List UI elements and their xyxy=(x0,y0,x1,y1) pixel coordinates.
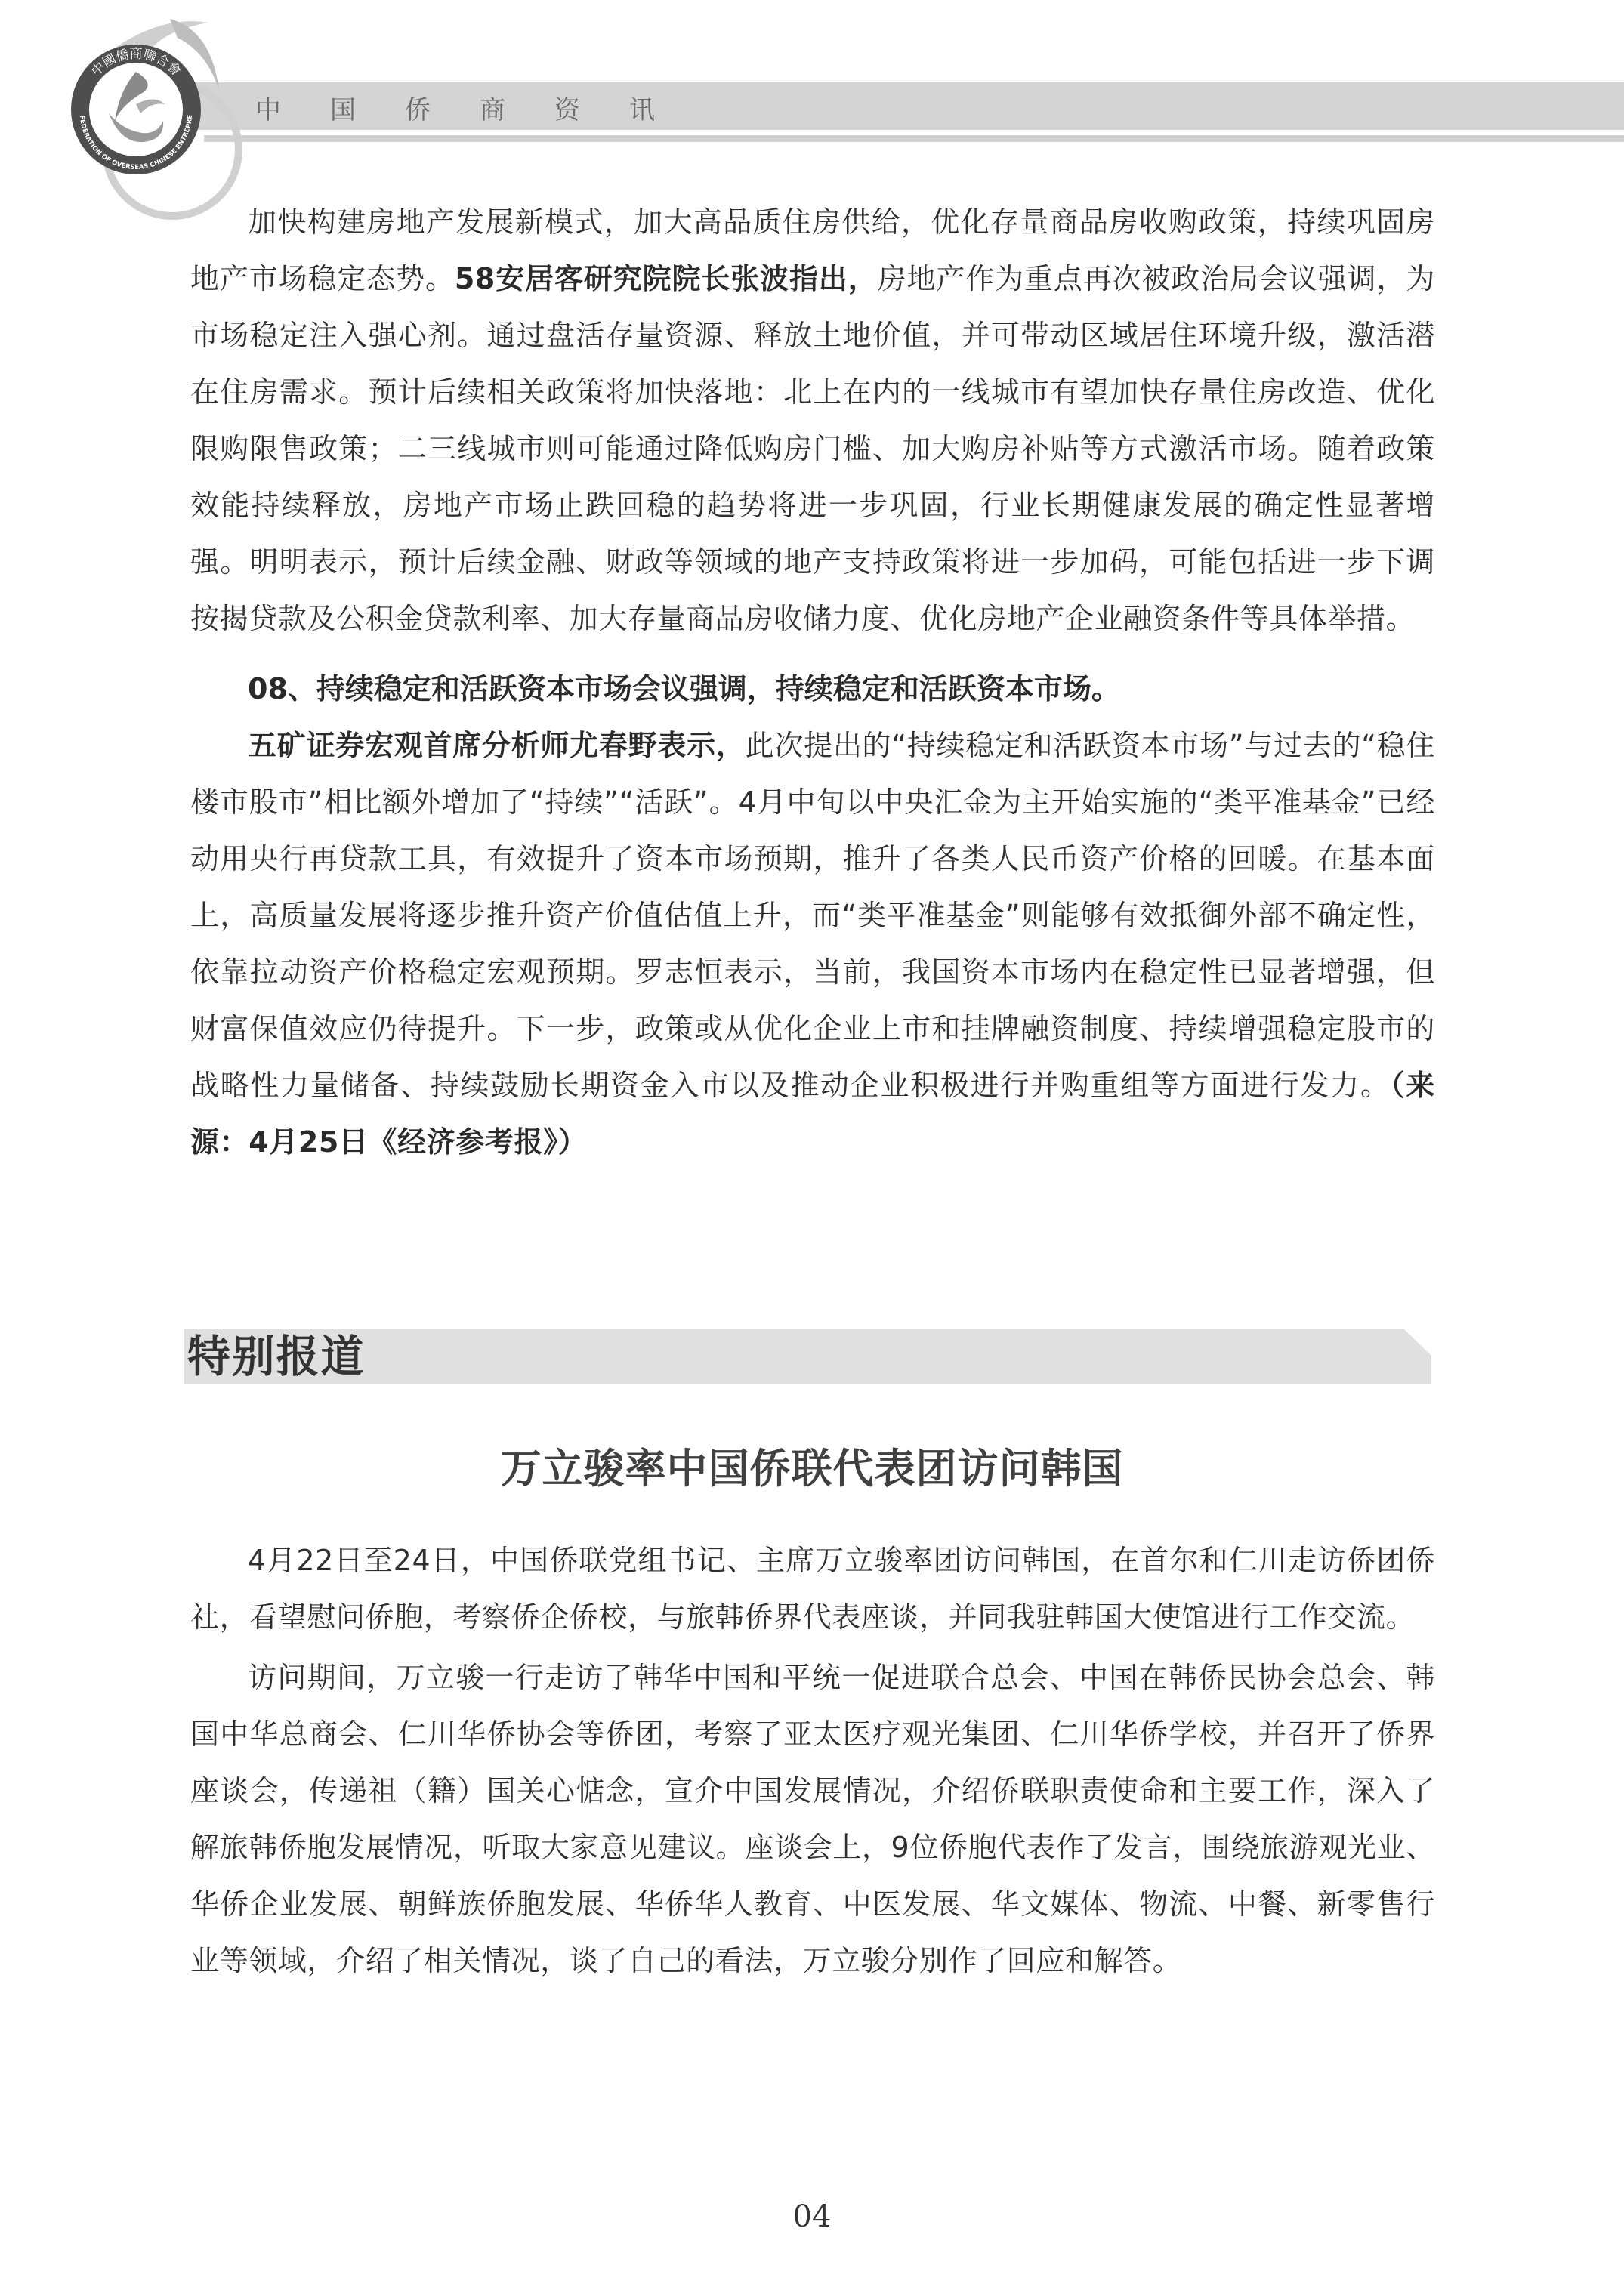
article-body: 4月22日至24日，中国侨联党组书记、主席万立骏率团访问韩国，在首尔和仁川走访侨… xyxy=(190,1532,1435,1989)
title-char: 国 xyxy=(330,89,405,126)
article-paragraph: 4月22日至24日，中国侨联党组书记、主席万立骏率团访问韩国，在首尔和仁川走访侨… xyxy=(190,1532,1435,1646)
title-char: 中 xyxy=(255,89,330,126)
expert-quote-intro: 58安居客研究院院长张波指出， xyxy=(455,262,878,295)
title-char: 商 xyxy=(480,89,554,126)
article-title: 万立骏率中国侨联代表团访问韩国 xyxy=(0,1443,1624,1495)
title-char: 侨 xyxy=(405,89,480,126)
page-number: 04 xyxy=(0,2199,1624,2234)
title-char: 资 xyxy=(554,89,629,126)
publication-title: 中 国 侨 商 资 讯 xyxy=(255,86,704,128)
section-title: 特别报道 xyxy=(187,1332,365,1381)
header-stripe xyxy=(204,135,1624,142)
title-char: 讯 xyxy=(629,89,704,126)
paragraph-capital-market: 五矿证券宏观首席分析师尤春野表示，此次提出的“持续稳定和活跃资本市场”与过去的“… xyxy=(190,718,1435,1171)
analyst-quote-intro: 五矿证券宏观首席分析师尤春野表示， xyxy=(248,729,746,762)
sub-heading-08: 08、持续稳定和活跃资本市场会议强调，持续稳定和活跃资本市场。 xyxy=(190,661,1435,718)
article-paragraph: 访问期间，万立骏一行走访了韩华中国和平统一促进联合总会、中国在韩侨民协会总会、韩… xyxy=(190,1650,1435,1989)
paragraph-real-estate: 加快构建房地产发展新模式，加大高品质住房供给，优化存量商品房收购政策，持续巩固房… xyxy=(190,194,1435,647)
section-bar: 特别报道 xyxy=(184,1329,1431,1384)
article-continued: 加快构建房地产发展新模式，加大高品质住房供给，优化存量商品房收购政策，持续巩固房… xyxy=(190,194,1435,1171)
